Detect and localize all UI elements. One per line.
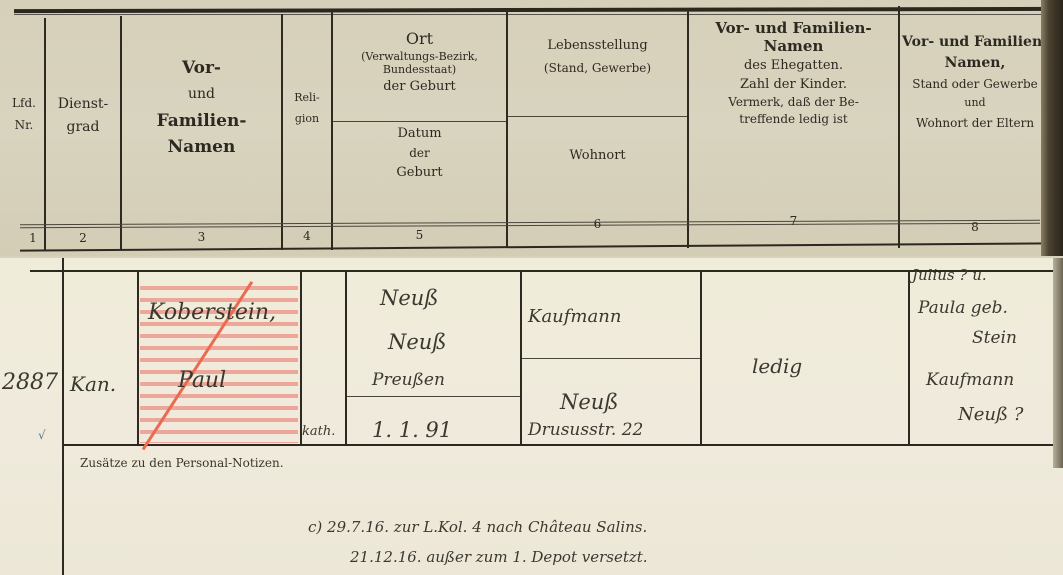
divider [300, 272, 302, 444]
subrow-divider [508, 116, 687, 117]
residence-street: Drususstr. 22 [528, 420, 643, 440]
register-header: Lfd. Nr. Dienst- grad Vor- und Familien-… [0, 0, 1063, 256]
column-number: 1 [22, 231, 44, 245]
header-col-6-bottom: Wohnort [508, 148, 687, 163]
header-col-5-bottom: Datum der Geburt [333, 126, 506, 181]
birthplace-line-1: Neuß [380, 286, 438, 310]
header-col-4: Reli- gion [283, 92, 331, 126]
religion: kath. [302, 424, 335, 439]
column-number: 3 [122, 230, 281, 244]
notes-label: Zusätze zu den Personal-Notizen. [80, 456, 284, 470]
header-col-5-top: Ort (Verwaltungs-Bezirk, Bundesstaat) de… [333, 30, 506, 94]
header-col-8: Vor- und Familien- Namen, Stand oder Gew… [900, 34, 1050, 130]
divider [281, 14, 283, 250]
subrow-divider [347, 396, 520, 397]
residence: Neuß [560, 390, 618, 414]
divider [908, 272, 910, 444]
divider [62, 258, 64, 575]
header-col-3: Vor- und Familien- Namen [122, 58, 281, 157]
header-col-6-top: Lebensstellung (Stand, Gewerbe) [508, 38, 687, 75]
header-col-1: Lfd. Nr. [4, 96, 44, 132]
subrow-divider [333, 121, 506, 122]
parents-line-2: Paula geb. [918, 298, 1008, 318]
column-number: 7 [689, 214, 898, 228]
column-number: 2 [46, 231, 120, 245]
book-binding-shadow [1053, 258, 1063, 468]
given-name: Paul [178, 368, 226, 393]
entry-number: 2887 [2, 370, 58, 395]
note-line-2: 21.12.16. außer zum 1. Depot versetzt. [350, 548, 648, 566]
divider [137, 272, 139, 444]
entry-bottom-rule [62, 444, 1062, 446]
column-number: 8 [900, 220, 1050, 234]
header-col-2: Dienst- grad [46, 96, 120, 135]
birth-date: 1. 1. 91 [372, 418, 452, 442]
column-number: 5 [333, 228, 506, 242]
book-binding-shadow [1041, 0, 1063, 256]
parents-line-4: Kaufmann [926, 370, 1014, 390]
note-line-1: c) 29.7.16. zur L.Kol. 4 nach Château Sa… [308, 518, 647, 536]
divider [345, 272, 347, 444]
subrow-divider [522, 358, 700, 359]
birthplace-line-2: Neuß [388, 330, 446, 354]
register-entry: 2887 √ Kan. Koberstein, Paul kath. Neuß … [0, 258, 1063, 575]
column-number: 6 [508, 217, 687, 231]
parents-line-5: Neuß ? [958, 404, 1023, 425]
header-col-7: Vor- und Familien- Namen des Ehegatten. … [689, 20, 898, 126]
column-number: 4 [283, 229, 331, 243]
parents-line-1: Julius ? u. [912, 266, 987, 284]
surname: Koberstein, [148, 300, 276, 325]
rank: Kan. [70, 372, 116, 396]
occupation: Kaufmann [528, 306, 621, 327]
divider [700, 272, 702, 444]
birthplace-line-3: Preußen [372, 370, 445, 390]
checkmark-icon: √ [38, 428, 46, 442]
parents-line-3: Stein [972, 328, 1017, 348]
marital-status: ledig [752, 354, 802, 378]
